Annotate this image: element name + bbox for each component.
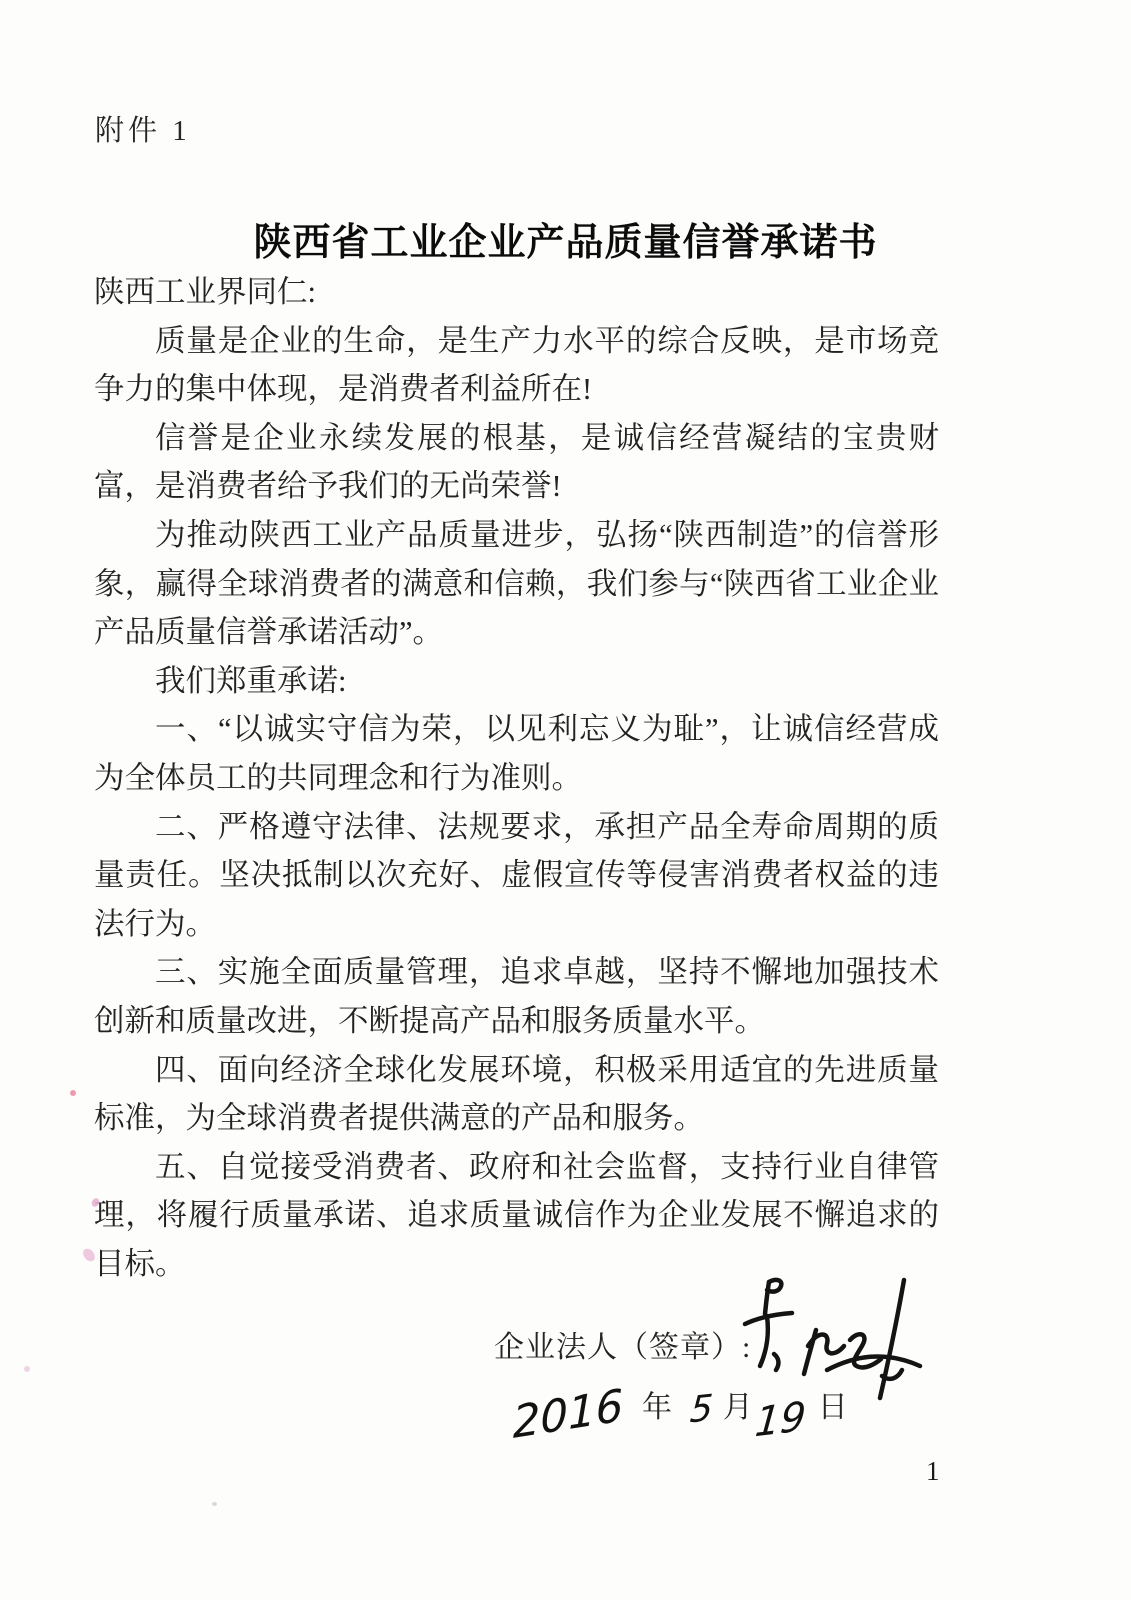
attachment-label: 附件 1: [95, 108, 191, 149]
paragraph-intro-activity: 为推动陕西工业产品质量进步，弘扬“陕西制造”的信誉形象，赢得全球消费者的满意和信…: [94, 511, 939, 657]
handwritten-day: 19: [753, 1393, 808, 1446]
handwritten-year: 2016: [512, 1380, 624, 1449]
page-number: 1: [926, 1456, 940, 1487]
paragraph-intro-credit: 信誉是企业永续发展的根基，是诚信经营凝结的宝贵财富，是消费者给予我们的无尚荣誉!: [94, 414, 939, 511]
handwritten-signature: [732, 1272, 927, 1410]
year-unit: 年: [642, 1382, 672, 1426]
paragraph-commitment-5: 五、自觉接受消费者、政府和社会监督，支持行业自律管理，将履行质量承诺、追求质量诚…: [94, 1143, 939, 1289]
legal-representative-label: 企业法人（签章）:: [494, 1322, 751, 1366]
handwritten-month: 5: [689, 1388, 715, 1432]
paragraph-commitment-3: 三、实施全面质量管理，追求卓越，坚持不懈地加强技术创新和质量改进，不断提高产品和…: [94, 948, 939, 1045]
document-title: 陕西省工业企业产品质量信誉承诺书: [0, 211, 1131, 266]
day-unit: 日: [818, 1382, 848, 1426]
paragraph-pledge-lead: 我们郑重承诺:: [94, 657, 939, 706]
scan-speck: [212, 1502, 217, 1506]
scan-speck: [70, 1090, 76, 1096]
paragraph-commitment-1: 一、“以诚实守信为荣，以见利忘义为耻”，让诚信经营成为全体员工的共同理念和行为准…: [94, 705, 939, 802]
signature-date-line: 2016年5月19日: [512, 1382, 848, 1443]
scanned-document-page: 附件 1 陕西省工业企业产品质量信誉承诺书 陕西工业界同仁: 质量是企业的生命，…: [0, 0, 1131, 1600]
scan-speck: [24, 1366, 30, 1372]
paragraph-commitment-4: 四、面向经济全球化发展环境，积极采用适宜的先进质量标准，为全球消费者提供满意的产…: [94, 1046, 939, 1143]
document-body: 陕西工业界同仁: 质量是企业的生命，是生产力水平的综合反映，是市场竞争力的集中体…: [94, 268, 939, 1288]
paragraph-commitment-2: 二、严格遵守法律、法规要求，承担产品全寿命周期的质量责任。坚决抵制以次充好、虚假…: [94, 803, 939, 949]
month-unit: 月: [723, 1382, 753, 1426]
paragraph-intro-quality: 质量是企业的生命，是生产力水平的综合反映，是市场竞争力的集中体现，是消费者利益所…: [94, 317, 939, 414]
salutation: 陕西工业界同仁:: [94, 268, 939, 317]
